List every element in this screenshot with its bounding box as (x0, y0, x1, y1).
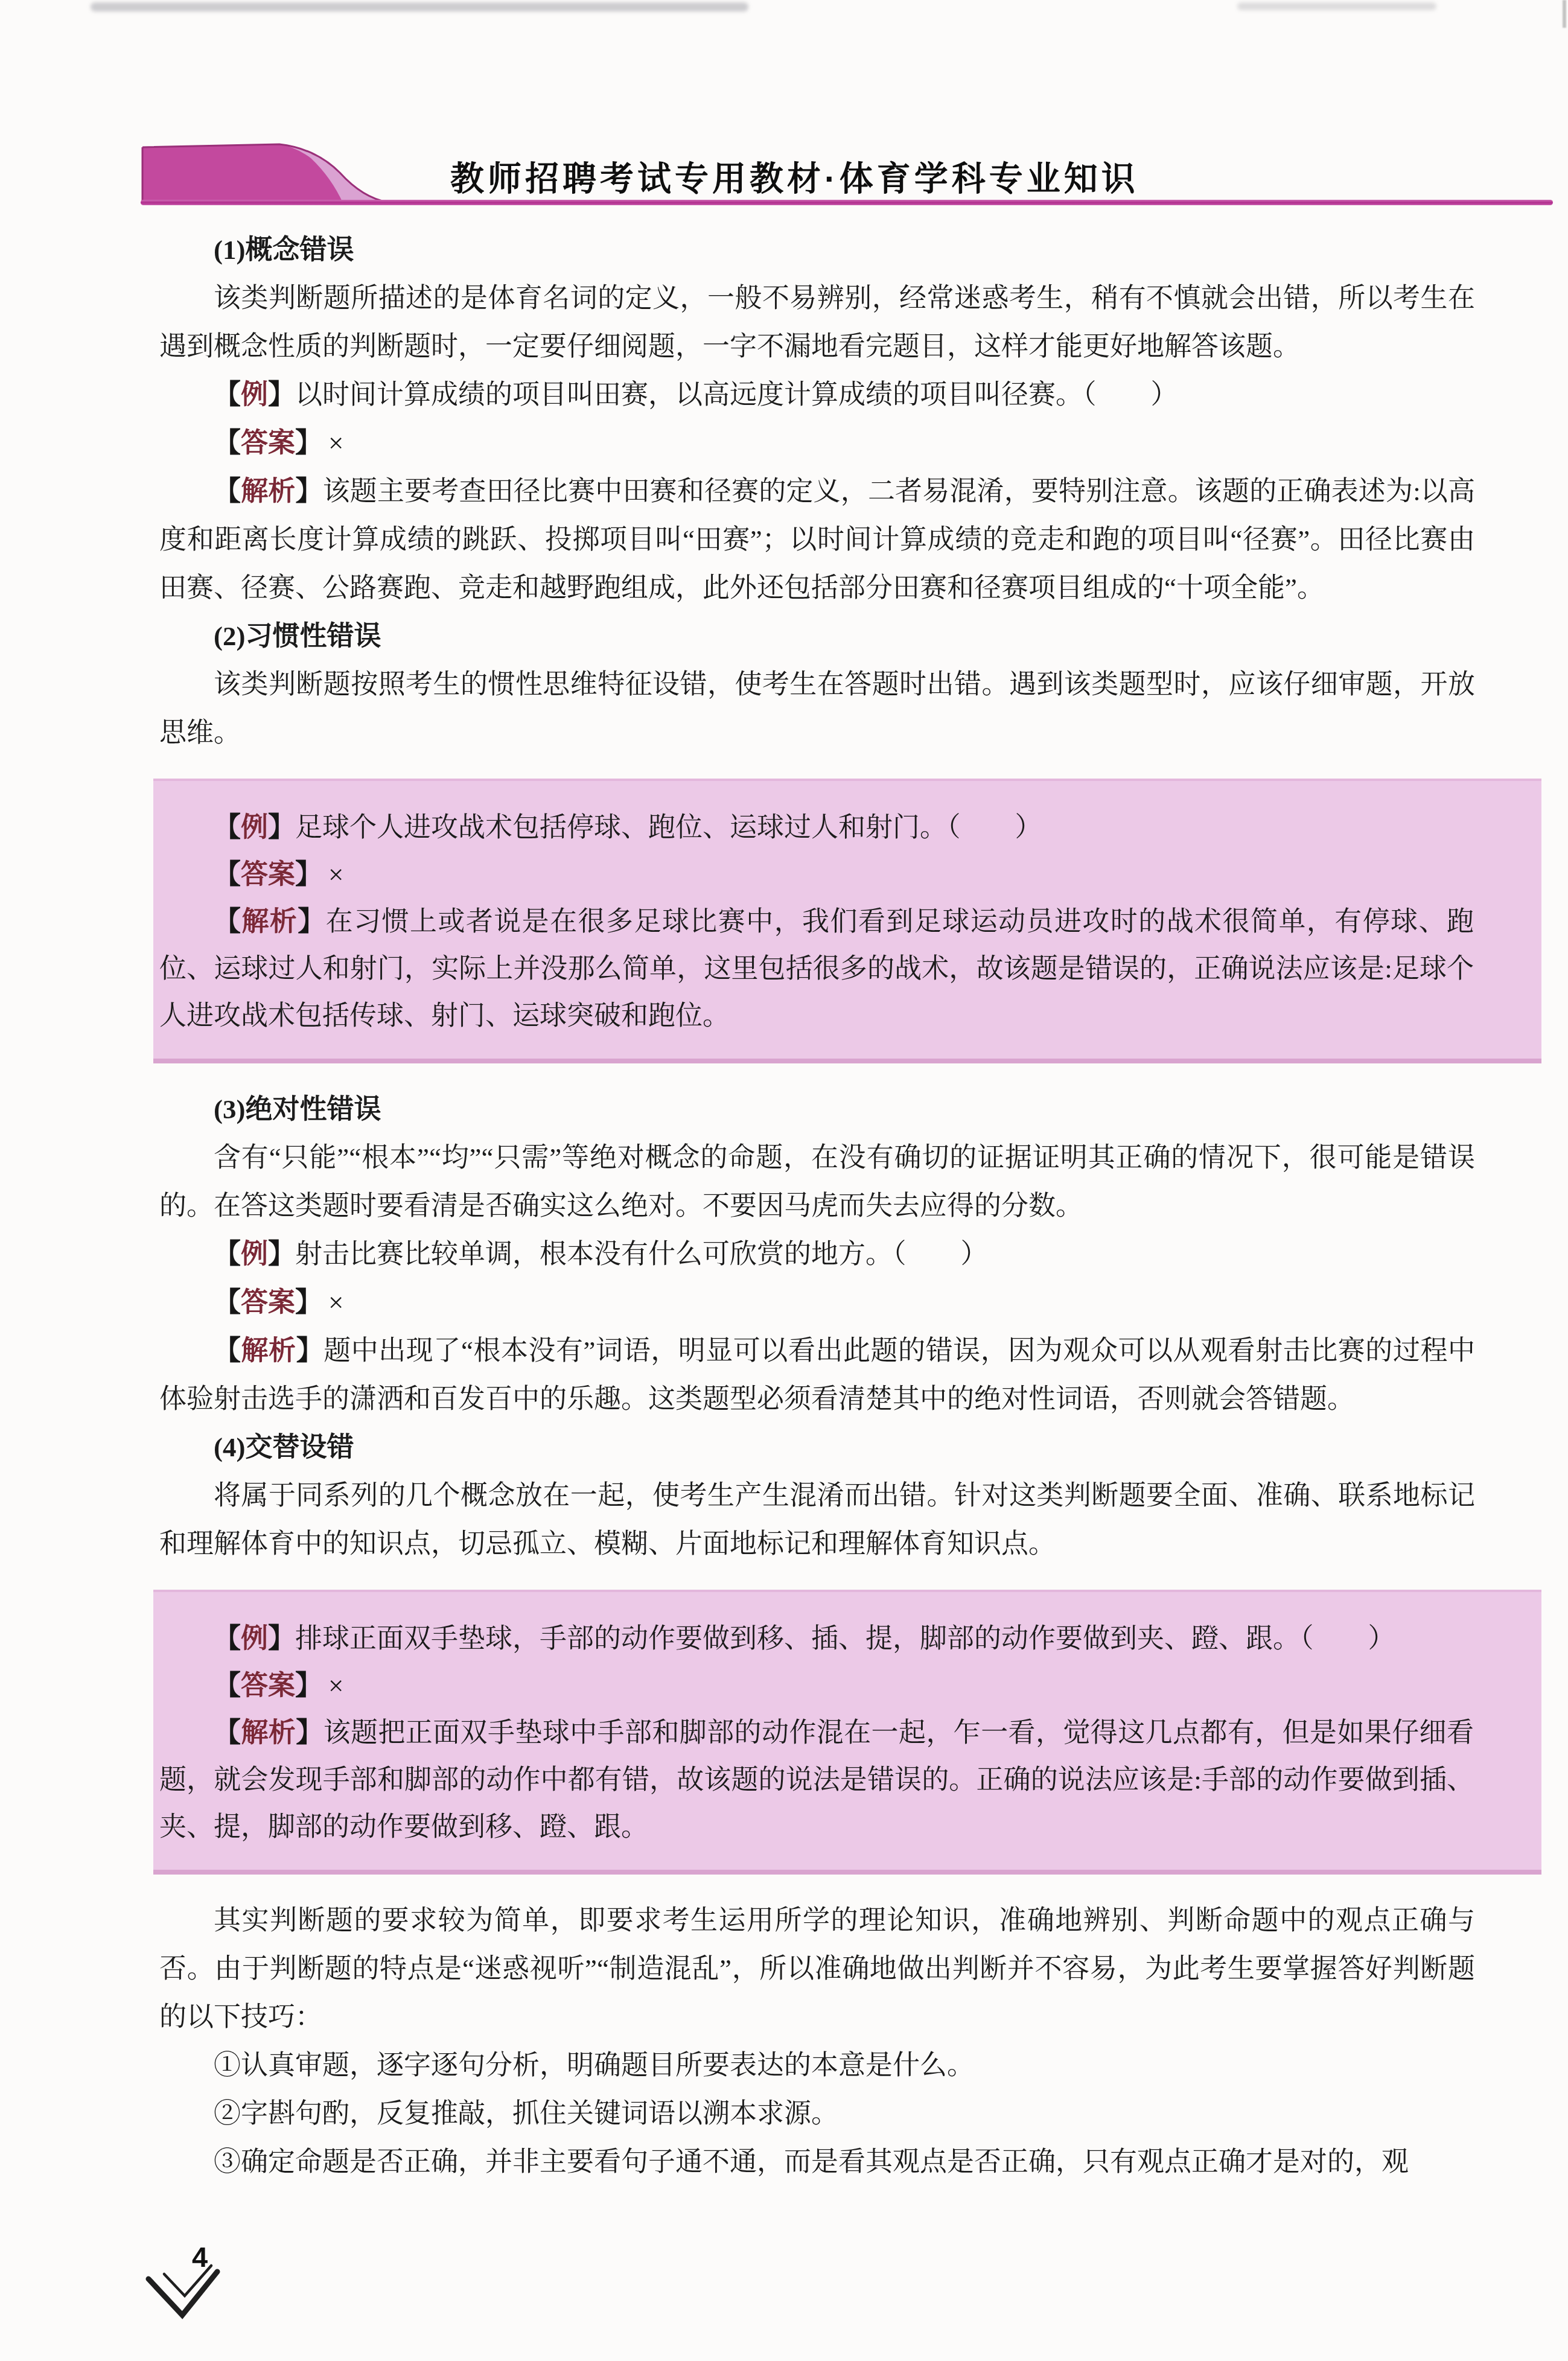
bracket-close: 】 (295, 428, 322, 458)
bracket-open: 【 (214, 476, 241, 506)
tip-line: ②字斟句酌，反复推敲，抓住关键词语以溯本求源。 (159, 2089, 1475, 2138)
highlight-example-box: 【例】足球个人进攻战术包括停球、跑位、运球过人和射门。（ ） 【答案】× 【解析… (153, 779, 1541, 1063)
bracket-open: 【 (214, 1623, 241, 1654)
header-ribbon-decoration (141, 142, 388, 205)
analysis-line: 【解析】在习惯上或者说是在很多足球比赛中，我们看到足球运动员进攻时的战术很简单，… (159, 898, 1474, 1039)
analysis-text: 该题把正面双手垫球中手部和脚部的动作混在一起，乍一看，觉得这几点都有，但是如果仔… (159, 1718, 1474, 1842)
question-text: 射击比赛比较单调，根本没有什么可欣赏的地方。（ ） (295, 1239, 988, 1269)
answer-value: × (322, 1287, 343, 1318)
tip-line: ①认真审题，逐字逐句分析，明确题目所要表达的本意是什么。 (159, 2041, 1475, 2089)
bracket-open: 【 (214, 906, 241, 937)
example-label: 例 (241, 1239, 268, 1269)
analysis-text: 在习惯上或者说是在很多足球比赛中，我们看到足球运动员进攻时的战术很简单，有停球、… (159, 906, 1474, 1031)
analysis-label: 解析 (241, 1718, 296, 1748)
answer-line: 【答案】× (159, 419, 1475, 467)
bracket-close: 】 (295, 859, 322, 890)
answer-label: 答案 (241, 859, 295, 890)
bracket-open: 【 (214, 380, 241, 410)
scan-edge-artifact (1563, 0, 1566, 28)
example-label: 例 (241, 812, 268, 843)
bracket-close: 】 (268, 1623, 295, 1654)
section-paragraph: 该类判断题所描述的是体育名词的定义，一般不易辨别，经常迷惑考生，稍有不慎就会出错… (159, 274, 1475, 371)
scan-smudge (91, 2, 748, 11)
answer-label: 答案 (241, 428, 295, 458)
book-title: 教师招聘考试专用教材·体育学科专业知识 (450, 152, 1139, 200)
bracket-open: 【 (214, 1336, 241, 1366)
example-question-line: 【例】足球个人进攻战术包括停球、跑位、运球过人和射门。（ ） (159, 804, 1474, 851)
bracket-close: 】 (295, 1287, 322, 1318)
section-paragraph: 将属于同系列的几个概念放在一起，使考生产生混淆而出错。针对这类判断题要全面、准确… (159, 1471, 1475, 1568)
bracket-open: 【 (214, 1287, 241, 1318)
answer-value: × (322, 859, 343, 890)
answer-line: 【答案】× (159, 1278, 1475, 1327)
header-rule (141, 200, 1553, 205)
section-heading: (3)绝对性错误 (159, 1085, 1475, 1133)
section-heading: (2)习惯性错误 (159, 612, 1475, 660)
example-label: 例 (241, 1623, 268, 1654)
bracket-open: 【 (214, 1239, 241, 1269)
section-heading: (4)交替设错 (159, 1423, 1475, 1471)
tip-line: ③确定命题是否正确，并非主要看句子通不通，而是看其观点是否正确，只有观点正确才是… (159, 2138, 1475, 2186)
analysis-line: 【解析】该题主要考查田径比赛中田赛和径赛的定义，二者易混淆，要特别注意。该题的正… (159, 467, 1475, 612)
bracket-close: 】 (296, 1718, 323, 1748)
bracket-close: 】 (298, 906, 325, 937)
bracket-close: 】 (268, 380, 295, 410)
example-question-line: 【例】排球正面双手垫球，手部的动作要做到移、插、提，脚部的动作要做到夹、蹬、跟。… (159, 1615, 1474, 1662)
answer-label: 答案 (241, 1287, 295, 1318)
answer-line: 【答案】× (159, 1662, 1474, 1709)
textbook-page: 教师招聘考试专用教材·体育学科专业知识 (1)概念错误 该类判断题所描述的是体育… (0, 0, 1568, 2361)
question-text: 排球正面双手垫球，手部的动作要做到移、插、提，脚部的动作要做到夹、蹬、跟。（ ） (295, 1623, 1395, 1654)
bracket-close: 】 (296, 476, 323, 506)
section-paragraph: 该类判断题按照考生的惯性思维特征设错，使考生在答题时出错。遇到该类题型时，应该仔… (159, 660, 1475, 757)
analysis-label: 解析 (241, 906, 298, 937)
question-text: 以时间计算成绩的项目叫田赛，以高远度计算成绩的项目叫径赛。（ ） (295, 380, 1178, 410)
bracket-close: 】 (295, 1671, 322, 1701)
example-question-line: 【例】射击比赛比较单调，根本没有什么可欣赏的地方。（ ） (159, 1230, 1475, 1278)
example-label: 例 (241, 380, 268, 410)
analysis-line: 【解析】题中出现了“根本没有”词语，明显可以看出此题的错误，因为观众可以从观看射… (159, 1327, 1475, 1423)
bracket-open: 【 (214, 428, 241, 458)
scan-smudge (1237, 2, 1436, 10)
bracket-open: 【 (214, 1671, 241, 1701)
section-paragraph: 含有“只能”“根本”“均”“只需”等绝对概念的命题，在没有确切的证据证明其正确的… (159, 1133, 1475, 1230)
answer-value: × (322, 428, 343, 458)
analysis-line: 【解析】该题把正面双手垫球中手部和脚部的动作混在一起，乍一看，觉得这几点都有，但… (159, 1709, 1474, 1850)
analysis-text: 题中出现了“根本没有”词语，明显可以看出此题的错误，因为观众可以从观看射击比赛的… (159, 1336, 1475, 1414)
highlight-example-box: 【例】排球正面双手垫球，手部的动作要做到移、插、提，脚部的动作要做到夹、蹬、跟。… (153, 1590, 1541, 1875)
answer-value: × (322, 1671, 343, 1701)
answer-line: 【答案】× (159, 851, 1474, 898)
bracket-open: 【 (214, 812, 241, 843)
bracket-open: 【 (214, 1718, 241, 1748)
analysis-text: 该题主要考查田径比赛中田赛和径赛的定义，二者易混淆，要特别注意。该题的正确表述为… (159, 476, 1475, 603)
question-text: 足球个人进攻战术包括停球、跑位、运球过人和射门。（ ） (295, 812, 1042, 843)
answer-label: 答案 (241, 1671, 295, 1701)
example-question-line: 【例】以时间计算成绩的项目叫田赛，以高远度计算成绩的项目叫径赛。（ ） (159, 371, 1475, 419)
bracket-close: 】 (296, 1336, 324, 1366)
closing-paragraph: 其实判断题的要求较为简单，即要求考生运用所学的理论知识，准确地辨别、判断命题中的… (159, 1896, 1475, 2041)
page-body: (1)概念错误 该类判断题所描述的是体育名词的定义，一般不易辨别，经常迷惑考生，… (159, 226, 1475, 2186)
analysis-label: 解析 (241, 1336, 296, 1366)
analysis-label: 解析 (241, 476, 295, 506)
chevron-ornament-icon (144, 2260, 246, 2323)
bracket-open: 【 (214, 859, 241, 890)
bracket-close: 】 (268, 1239, 295, 1269)
bracket-close: 】 (268, 812, 295, 843)
section-heading: (1)概念错误 (159, 226, 1475, 274)
